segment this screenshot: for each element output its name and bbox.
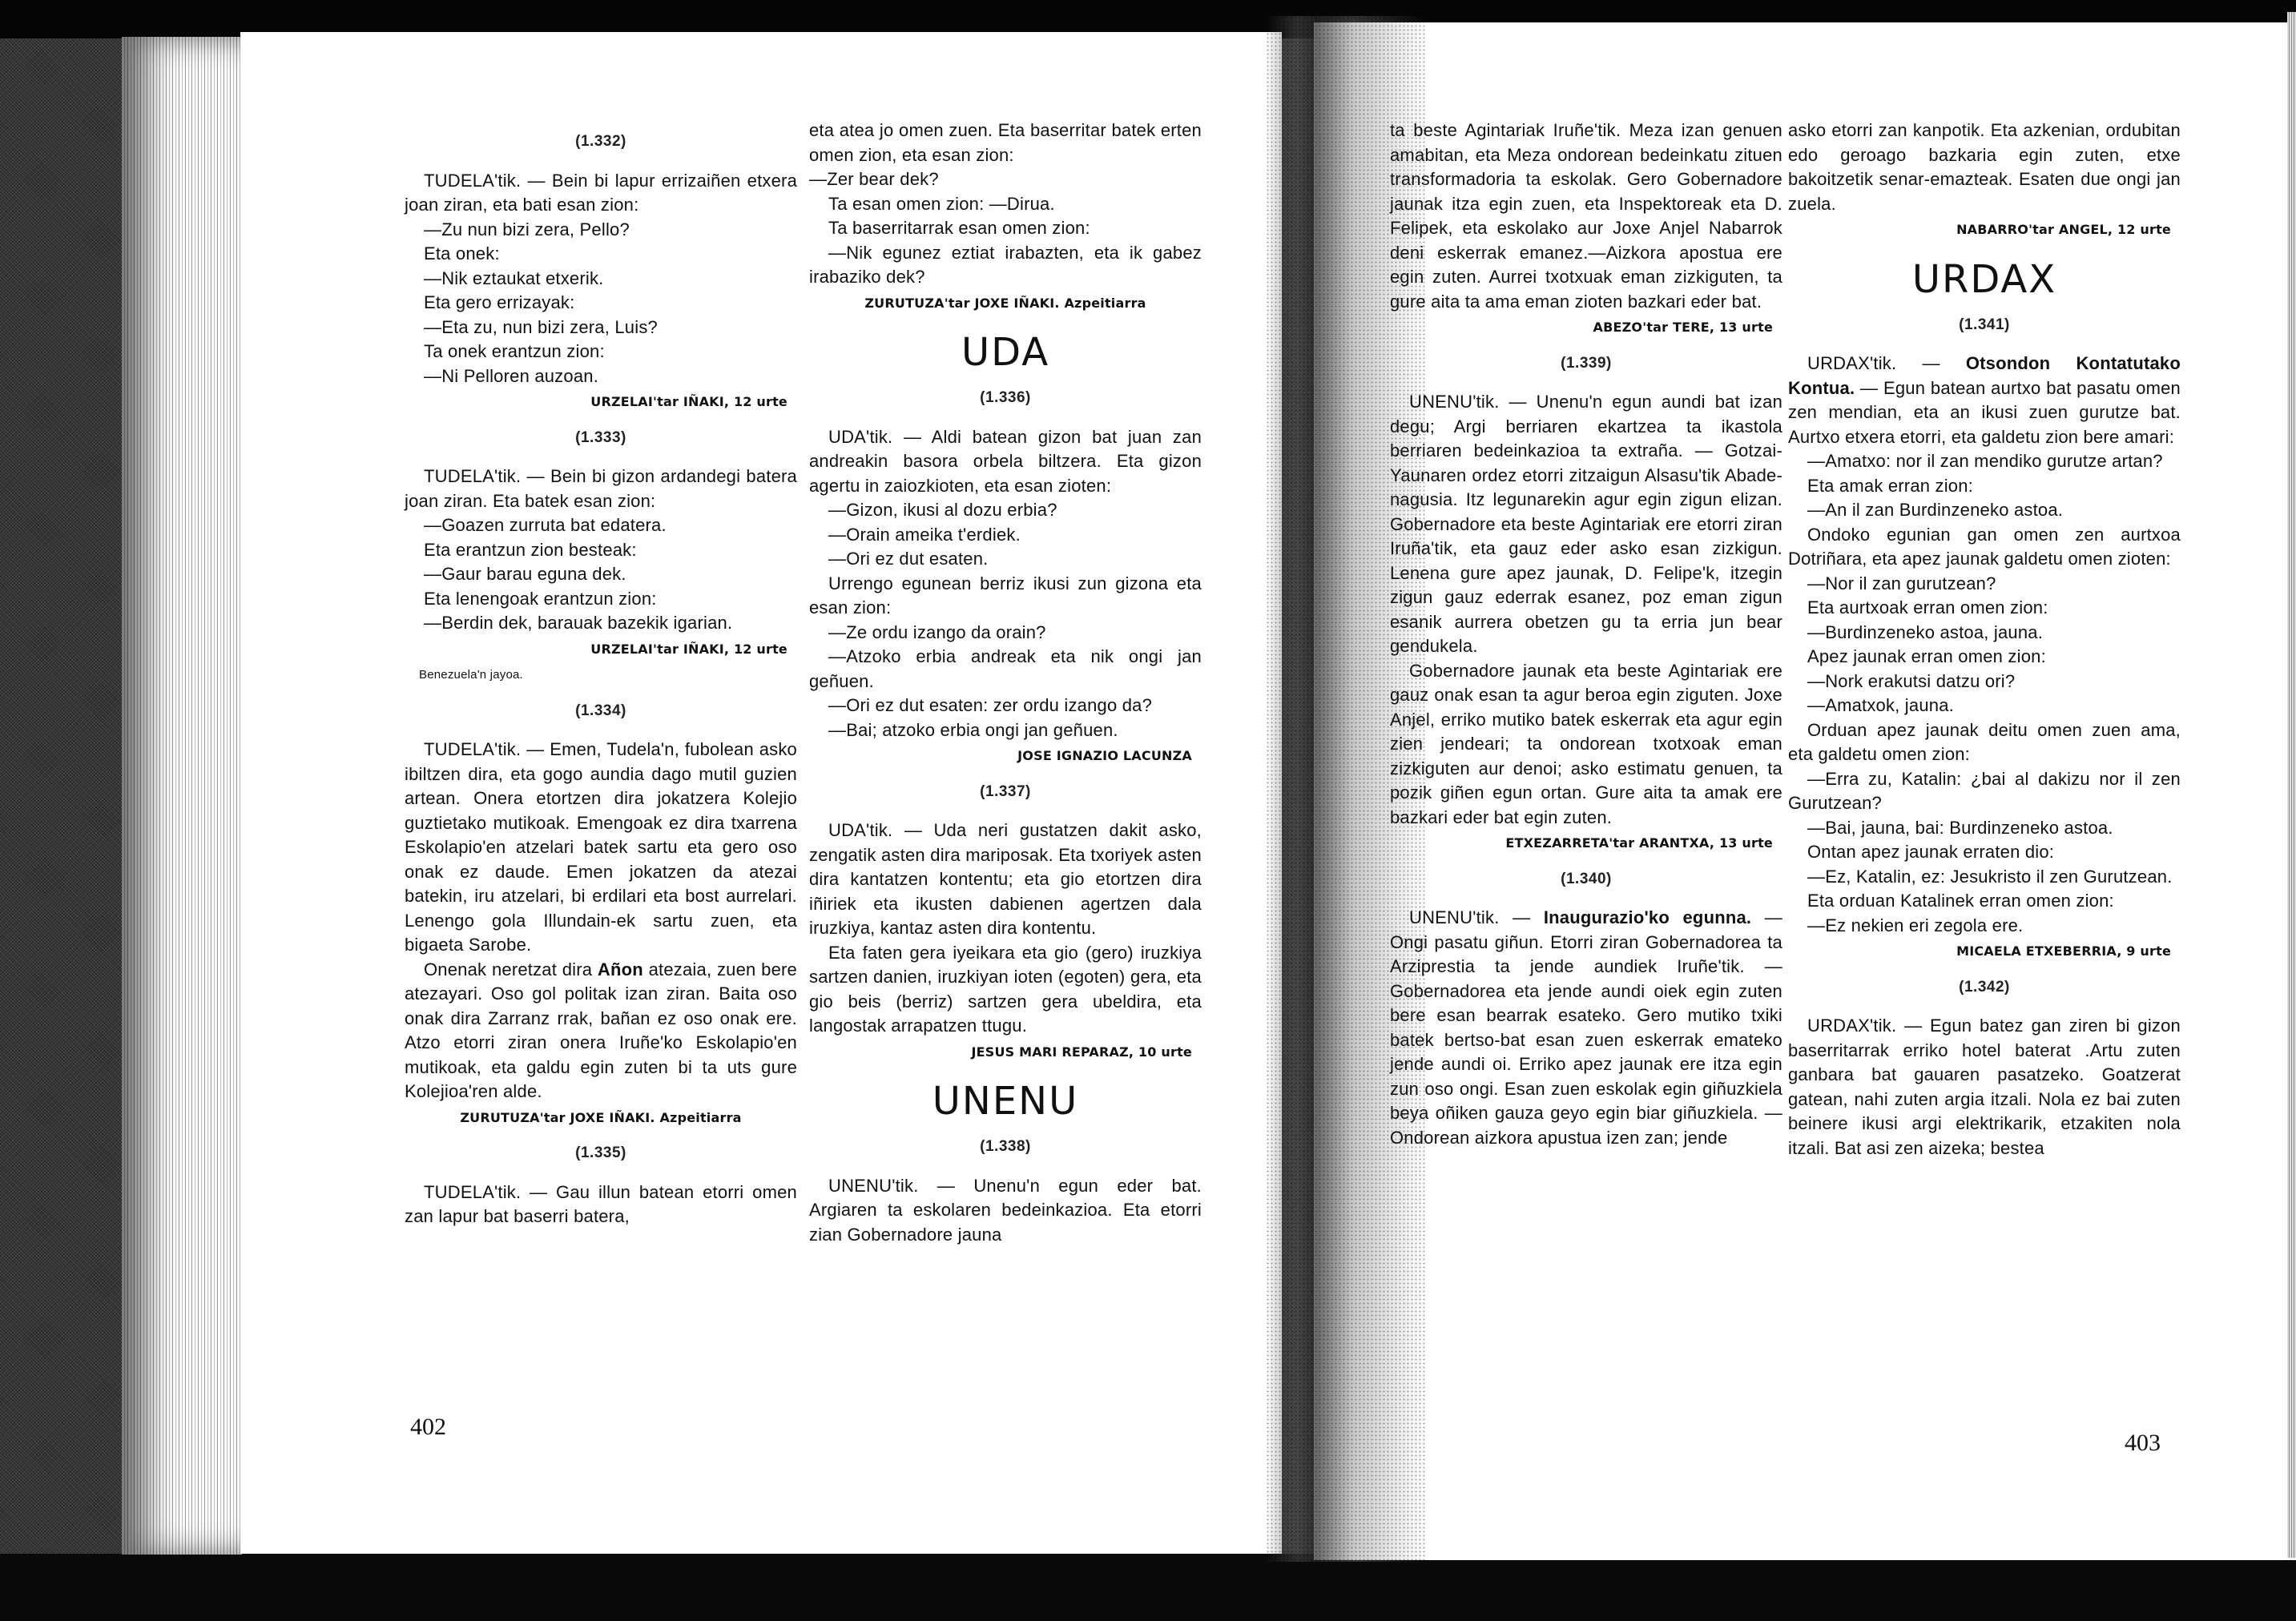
paragraph: UNENU'tik. — Inaugurazio'ko egunna. — On… (1390, 906, 1782, 1150)
dialog-line: —Orain ameika t'erdiek. (809, 523, 1202, 548)
town-heading: UDA (809, 330, 1202, 375)
dialog-line: Eta aurtxoak erran omen zion: (1788, 596, 2181, 621)
paragraph: —Atzoko erbia andreak eta nik ongi jan g… (809, 645, 1202, 694)
entry-number: (1.335) (405, 1141, 797, 1166)
author-signature: NABARRO'tar ANGEL, 12 urte (1788, 218, 2181, 243)
entry-number: (1.333) (405, 426, 797, 451)
paragraph: Gobernadore jaunak eta beste Agintariak … (1390, 659, 1782, 831)
right-page-column-2: asko etorri zan kanpotik. Eta azkenian, … (1788, 119, 2181, 1160)
paragraph: Orduan apez jaunak deitu omen zuen ama, … (1788, 718, 2181, 767)
entry-number: (1.334) (405, 699, 797, 724)
author-signature: URZELAI'tar IÑAKI, 12 urte (405, 638, 797, 662)
town-heading: URDAX (1788, 257, 2181, 302)
dialog-line: Eta amak erran zion: (1788, 474, 2181, 499)
author-signature: ZURUTUZA'tar JOXE IÑAKI. Azpeitiarra (405, 1106, 797, 1131)
dialog-line: —Gaur barau eguna dek. (405, 562, 797, 587)
paragraph: UNENU'tik. — Unenu'n egun aundi bat izan… (1390, 390, 1782, 659)
left-page-column-1: (1.332)TUDELA'tik. — Bein bi lapur erriz… (405, 119, 797, 1229)
entry-number: (1.341) (1788, 313, 2181, 338)
paragraph: TUDELA'tik. — Bein bi gizon ardandegi ba… (405, 465, 797, 513)
author-signature: ZURUTUZA'tar JOXE IÑAKI. Azpeitiarra (809, 292, 1202, 316)
page-stack-edges (122, 37, 242, 1555)
paragraph: URDAX'tik. — Otsondon Kontatutako Kontua… (1788, 352, 2181, 449)
dialog-line: Apez jaunak erran omen zion: (1788, 645, 2181, 670)
author-signature: URZELAI'tar IÑAKI, 12 urte (405, 390, 797, 415)
author-signature: JOSE IGNAZIO LACUNZA (809, 744, 1202, 769)
paragraph: —Erra zu, Katalin: ¿bai al dakizu nor il… (1788, 767, 2181, 816)
dialog-line: —Bai; atzoko erbia ongi jan geñuen. (809, 718, 1202, 743)
dialog-line: —Ez nekien eri zegola ere. (1788, 914, 2181, 939)
paragraph: TUDELA'tik. — Gau illun batean etorri om… (405, 1181, 797, 1229)
dialog-line: —Goazen zurruta bat edatera. (405, 513, 797, 538)
town-heading: UNENU (809, 1079, 1202, 1124)
left-page-column-2: eta atea jo omen zuen. Eta baserritar ba… (809, 119, 1202, 1247)
bold-text-run: Añon (598, 959, 643, 979)
paragraph: TUDELA'tik. — Bein bi lapur errizaiñen e… (405, 169, 797, 218)
dialog-line: —Gizon, ikusi al dozu erbia? (809, 498, 1202, 523)
paragraph: —Amatxo: nor il zan mendiko gurutze arta… (1788, 449, 2181, 474)
paragraph: —Nik egunez eztiat irabazten, eta ik gab… (809, 241, 1202, 290)
page-number-right: 403 (2125, 1430, 2161, 1457)
dialog-line: Eta lenengoak erantzun zion: (405, 587, 797, 612)
text-run: atezaia, zuen bere atezayari. Oso gol po… (405, 959, 797, 1102)
paragraph: asko etorri zan kanpotik. Eta azkenian, … (1788, 119, 2181, 216)
author-signature: JESUS MARI REPARAZ, 10 urte (809, 1040, 1202, 1065)
dialog-line: Ta baserritarrak esan omen zion: (809, 216, 1202, 241)
dialog-line: —Zu nun bizi zera, Pello? (405, 218, 797, 243)
paragraph: UNENU'tik. — Unenu'n egun eder bat. Argi… (809, 1174, 1202, 1248)
paragraph: Eta faten gera iyeikara eta gio (gero) i… (809, 941, 1202, 1039)
paragraph: —Bai, jauna, bai: Burdinzeneko astoa. (1788, 816, 2181, 841)
dialog-line: —Nor il zan gurutzean? (1788, 572, 2181, 597)
dialog-line: —Ze ordu izango da orain? (809, 621, 1202, 646)
entry-number: (1.338) (809, 1135, 1202, 1160)
paragraph: Onenak neretzat dira Añon atezaia, zuen … (405, 958, 797, 1104)
paragraph: —Ori ez dut esaten: zer ordu izango da? (809, 694, 1202, 718)
right-page-edge (2287, 12, 2296, 1558)
right-page-column-1: ta beste Agintariak Iruñe'tik. Meza izan… (1390, 119, 1782, 1150)
paragraph: —Ez, Katalin, ez: Jesukristo il zen Guru… (1788, 865, 2181, 890)
dialog-line: Ontan apez jaunak erraten dio: (1788, 840, 2181, 865)
entry-number: (1.339) (1390, 352, 1782, 376)
dialog-line: Ta esan omen zion: —Dirua. (809, 192, 1202, 217)
paragraph: Ondoko egunian gan omen zen aurtxoa Dotr… (1788, 523, 2181, 572)
dialog-line: —An il zan Burdinzeneko astoa. (1788, 498, 2181, 523)
entry-number: (1.342) (1788, 975, 2181, 1000)
bold-text-run: Inaugurazio'ko egunna. (1544, 907, 1751, 927)
paragraph: eta atea jo omen zuen. Eta baserritar ba… (809, 119, 1202, 167)
text-run: Onenak neretzat dira (424, 959, 598, 979)
dialog-line: —Nik eztaukat etxerik. (405, 267, 797, 292)
author-note: Benezuela'n jayoa. (405, 663, 797, 688)
scanner-bottom-edge (0, 1554, 2296, 1621)
paragraph: —Berdin dek, barauak bazekik igarian. (405, 611, 797, 636)
paragraph: TUDELA'tik. — Emen, Tudela'n, fubolean a… (405, 738, 797, 958)
text-run: URDAX'tik. — (1807, 353, 1966, 373)
entry-number: (1.337) (809, 780, 1202, 805)
entry-number: (1.336) (809, 386, 1202, 411)
page-number-left: 402 (410, 1414, 446, 1441)
text-run: UNENU'tik. — (1409, 907, 1544, 927)
dialog-line: —Ori ez dut esaten. (809, 547, 1202, 572)
dialog-line: Ta onek erantzun zion: (405, 340, 797, 364)
paragraph: —Zer bear dek? (809, 167, 1202, 192)
paragraph: UDA'tik. — Uda neri gustatzen dakit asko… (809, 819, 1202, 941)
entry-number: (1.340) (1390, 867, 1782, 892)
dialog-line: —Burdinzeneko astoa, jauna. (1788, 621, 2181, 646)
dialog-line: Eta gero errizayak: (405, 291, 797, 316)
text-run: — Ongi pasatu giñun. Etorri ziran Gobern… (1390, 907, 1782, 1148)
author-signature: ETXEZARRETA'tar ARANTXA, 13 urte (1390, 831, 1782, 856)
paragraph: ta beste Agintariak Iruñe'tik. Meza izan… (1390, 119, 1782, 314)
entry-number: (1.332) (405, 130, 797, 155)
paragraph: Urrengo egunean berriz ikusi zun gizona … (809, 572, 1202, 621)
paragraph: UDA'tik. — Aldi batean gizon bat juan za… (809, 425, 1202, 499)
paragraph: Eta orduan Katalinek erran omen zion: (1788, 889, 2181, 914)
paragraph: URDAX'tik. — Egun batez gan ziren bi giz… (1788, 1014, 2181, 1160)
dialog-line: Eta erantzun zion besteak: (405, 538, 797, 563)
dialog-line: —Ni Pelloren auzoan. (405, 364, 797, 389)
author-signature: MICAELA ETXEBERRIA, 9 urte (1788, 939, 2181, 964)
dialog-line: —Eta zu, nun bizi zera, Luis? (405, 316, 797, 340)
dialog-line: Eta onek: (405, 242, 797, 267)
author-signature: ABEZO'tar TERE, 13 urte (1390, 316, 1782, 340)
dialog-line: —Nork erakutsi datzu ori? (1788, 670, 2181, 694)
dialog-line: —Amatxok, jauna. (1788, 694, 2181, 718)
